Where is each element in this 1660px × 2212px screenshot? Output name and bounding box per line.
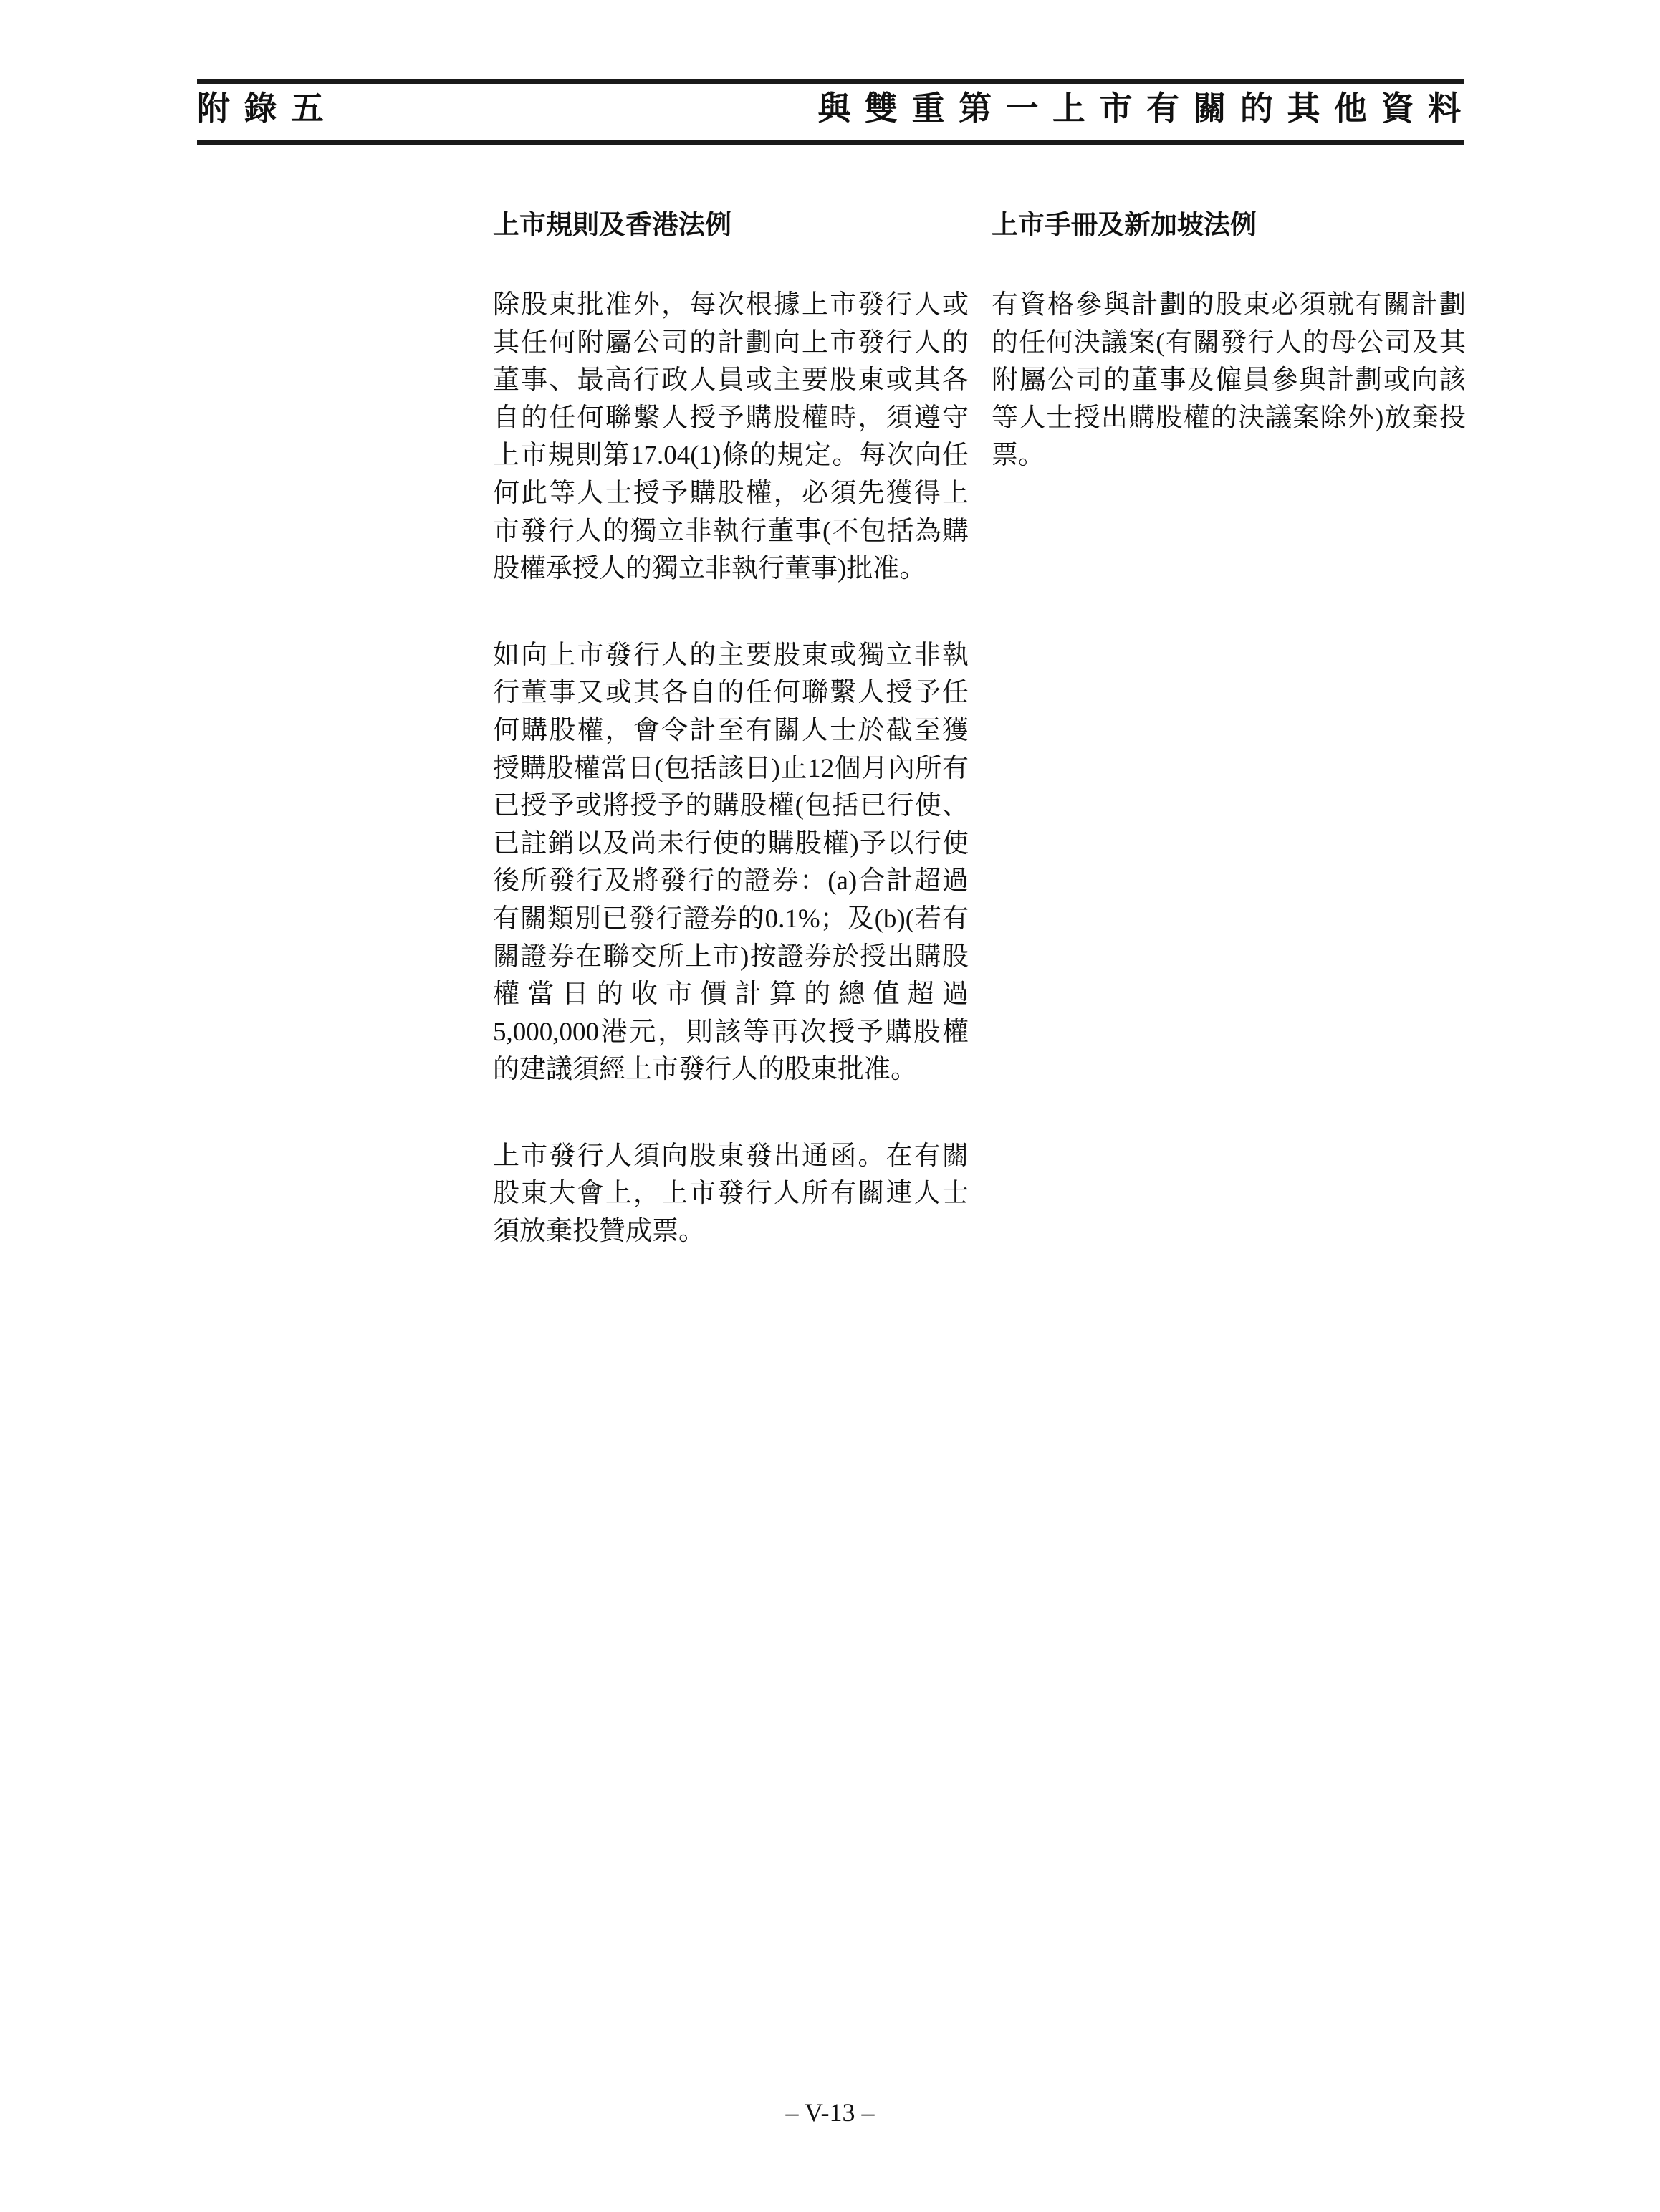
appendix-label: 附 錄 五 (197, 89, 327, 129)
page-number: – V-13 – (0, 2097, 1660, 2128)
header-bottom-rule (197, 140, 1464, 145)
left-column: 上市規則及香港法例 除股東批准外，每次根據上市發行人或其任何附屬公司的計劃向上市… (493, 209, 969, 1300)
left-column-paragraph-2: 如向上市發行人的主要股東或獨立非執行董事又或其各自的任何聯繫人授予任何購股權，會… (493, 637, 969, 1089)
left-column-heading: 上市規則及香港法例 (493, 209, 969, 242)
header-top-rule (197, 79, 1464, 84)
left-column-paragraph-3: 上市發行人須向股東發出通函。在有關股東大會上，上市發行人所有關連人士須放棄投贊成… (493, 1138, 969, 1251)
appendix-title: 與 雙 重 第 一 上 市 有 關 的 其 他 資 料 (818, 89, 1464, 129)
document-page: 附 錄 五 與 雙 重 第 一 上 市 有 關 的 其 他 資 料 上市規則及香… (0, 0, 1660, 2212)
right-column: 上市手冊及新加坡法例 有資格參與計劃的股東必須就有關計劃的任何決議案(有關發行人… (992, 209, 1466, 524)
right-column-heading: 上市手冊及新加坡法例 (992, 209, 1466, 242)
right-column-paragraph-1: 有資格參與計劃的股東必須就有關計劃的任何決議案(有關發行人的母公司及其附屬公司的… (992, 287, 1466, 475)
page-header: 附 錄 五 與 雙 重 第 一 上 市 有 關 的 其 他 資 料 (197, 89, 1464, 129)
left-column-paragraph-1: 除股東批准外，每次根據上市發行人或其任何附屬公司的計劃向上市發行人的董事、最高行… (493, 287, 969, 588)
